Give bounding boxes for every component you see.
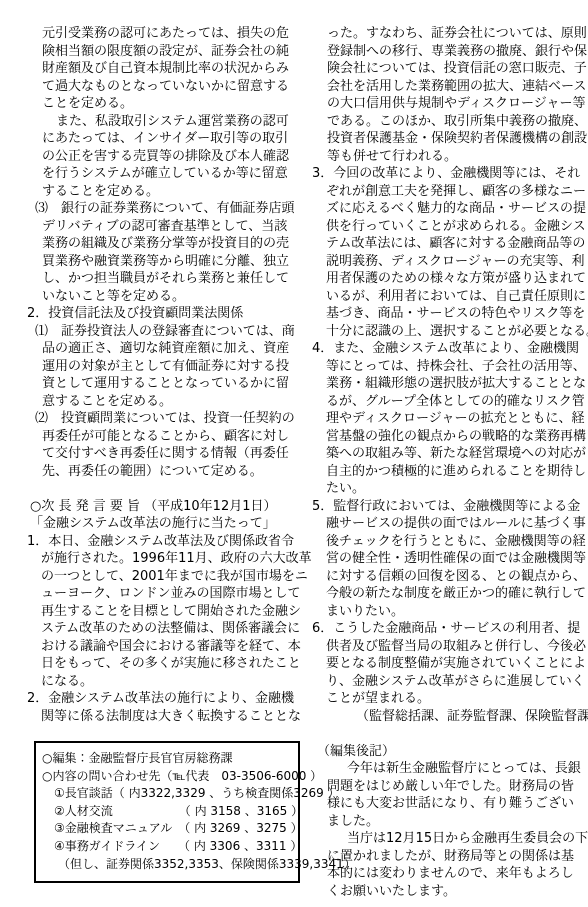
text-line: まいりたい。 — [312, 603, 588, 621]
text-line: 投資者保護基金・保険契約者保護機構の創設 — [312, 130, 588, 148]
text-line: 意することを定める。 — [27, 393, 305, 411]
text-line: 問題をはじめ厳しい年でした。財務局の皆 — [312, 778, 588, 796]
text-line: 日をもって、その多くが実施に移されたこと — [27, 655, 305, 673]
text-line: 当庁は12月15日から金融再生委員会の下 — [312, 830, 588, 848]
text-line: デリバティブの認可審査基準として、当該 — [27, 218, 305, 236]
text-line: 業務・組織形態の選択肢が拡大することとな — [312, 375, 588, 393]
text-line: ことを定める。 — [27, 95, 305, 113]
text-line: 営の健全性・透明性確保の面では金融機関等 — [312, 550, 588, 568]
text-line: ○内容の問い合わせ先（℡代表 03-3506-6000 ） — [42, 768, 296, 786]
text-line: 4．また、金融システム改革により、金融機関 — [312, 340, 588, 358]
text-line: を行うシステムが確立しているか等に留意 — [27, 165, 305, 183]
text-line: った。すなわち、証券会社については、原則 — [312, 25, 588, 43]
text-line: ④事務ガイドライン （ 内 3306 、3311 ） — [42, 838, 296, 856]
text-line: 品の適正さ、適切な純資産額に加え、資産 — [27, 340, 305, 358]
text-line: 供を行っていくことが求められる。金融シス — [312, 218, 588, 236]
text-line: ⑵ 投資顧問業については、投資一任契約の — [27, 410, 305, 428]
text-line: 会社を活用した業務範囲の拡大、連結ベース — [312, 78, 588, 96]
text-line: ○編集：金融監督庁長官官房総務課 — [42, 750, 296, 768]
text-line: 融サービスの提供の面ではルールに基づく事 — [312, 515, 588, 533]
text-line: 登録制への移行、専業義務の撤廃、銀行や保 — [312, 43, 588, 61]
text-line: 築への取組み等、新たな経営環境への対応が — [312, 445, 588, 463]
text-line: 等にとっては、持株会社、子会社の活用等、 — [312, 358, 588, 376]
text-line: 様にも大変お世話になり、有り難うござい — [312, 795, 588, 813]
document-page: 元引受業務の認可にあたっては、損失の危険相当額の限度額の設定が、証券会社の純財産… — [0, 0, 588, 907]
text-line: 5．監督行政においては、金融機関等による金 — [312, 498, 588, 516]
text-line: 今年は新生金融監督庁にとっては、長銀 — [312, 760, 588, 778]
text-line: ⑴ 証券投資法人の登録審査については、商 — [27, 323, 305, 341]
text-line: 十分に認識の上、選択することが必要となる。 — [312, 323, 588, 341]
text-line: たい。 — [312, 480, 588, 498]
text-line: に対する信頼の回復を図る、との観点から、 — [312, 568, 588, 586]
text-line: ○次 長 発 言 要 旨 （平成10年12月1日） — [27, 498, 305, 516]
right-column: った。すなわち、証券会社については、原則登録制への移行、専業義務の撤廃、銀行や保… — [312, 25, 588, 900]
text-line: て過大なものとなっていないかに留意する — [27, 78, 305, 96]
text-line: ②人材交流 （ 内 3158 、3165 ） — [42, 803, 296, 821]
text-line: 先、再委任の範囲）について定める。 — [27, 463, 305, 481]
text-line: 買業務や融資業務等から明確に分離、独立 — [27, 253, 305, 271]
text-line: （監督総括課、証券監督課、保険監督課） — [312, 708, 588, 726]
text-line: ぞれが創意工夫を発揮し、顧客の多様なニー — [312, 183, 588, 201]
text-line: 関等に係る法制度は大きく転換することとな — [27, 708, 305, 726]
contact-info-box: ○編集：金融監督庁長官官房総務課○内容の問い合わせ先（℡代表 03-3506-6… — [34, 741, 300, 883]
text-line — [27, 480, 305, 498]
text-line: 3．今回の改革により、金融機関等には、それ — [312, 165, 588, 183]
text-line: することを定める。 — [27, 183, 305, 201]
text-line: 運用の対象が主として有価証券に対する投 — [27, 358, 305, 376]
text-line: テム改革法には、顧客に対する金融商品等の — [312, 235, 588, 253]
text-line: し、かつ担当職員がそれら業務と兼任して — [27, 270, 305, 288]
text-line: 2．金融システム改革法の施行により、金融機 — [27, 690, 305, 708]
text-line: 資として運用することとなっているかに留 — [27, 375, 305, 393]
text-line: 等も併せて行われる。 — [312, 148, 588, 166]
text-line: 険相当額の限度額の設定が、証券会社の純 — [27, 43, 305, 61]
text-line: おける議論や国会における審議等を経て、本 — [27, 638, 305, 656]
text-line: ステム改革のための法整備は、関係審議会に — [27, 620, 305, 638]
text-line: （但し、証券関係3352,3353、保険関係3339,3341） — [42, 856, 296, 874]
text-line: るが、グループ全体としての的確なリスク管 — [312, 393, 588, 411]
text-line — [312, 725, 588, 743]
text-line: 再生することを目標として開始された金融シ — [27, 603, 305, 621]
text-line: 供者及び監督当局の取組みと併行し、今後必 — [312, 638, 588, 656]
text-line: 営基盤の強化の観点からの戦略的な業務再構 — [312, 428, 588, 446]
text-line: 6．こうした金融商品・サービスの利用者、提 — [312, 620, 588, 638]
text-line: ました。 — [312, 813, 588, 831]
text-line: の一つとして、2001年までに我が国市場をニ — [27, 568, 305, 586]
text-line: 2．投資信託法及び投資顧問業法関係 — [27, 305, 305, 323]
text-line: である。このほか、取引所集中義務の撤廃、 — [312, 113, 588, 131]
text-line: 財産額及び自己資本規制比率の状況からみ — [27, 60, 305, 78]
text-line: 要となる制度整備が実施されていくことによ — [312, 655, 588, 673]
text-line: 元引受業務の認可にあたっては、損失の危 — [27, 25, 305, 43]
text-line: 「金融システム改革法の施行に当たって」 — [27, 515, 305, 533]
text-line: 説明義務、ディスクロージャーの充実等、利 — [312, 253, 588, 271]
text-line: て交付すべき再委任に関する情報（再委任 — [27, 445, 305, 463]
text-line: 自主的かつ積極的に進められることを期待し — [312, 463, 588, 481]
text-line: り、金融システム改革がさらに進展していく — [312, 673, 588, 691]
text-line: にあたっては、インサイダー取引等の取引 — [27, 130, 305, 148]
text-line: 理やディスクロージャーの拡充とともに、経 — [312, 410, 588, 428]
text-line: 1．本日、金融システム改革法及び関係政省令 — [27, 533, 305, 551]
text-line: ③金融検査マニュアル （ 内 3269 、3275 ） — [42, 820, 296, 838]
text-line: また、私設取引システム運営業務の認可 — [27, 113, 305, 131]
text-line: （編集後記） — [312, 743, 588, 761]
text-line: くお願いいたします。 — [312, 883, 588, 901]
text-line: ズに応えるべく魅力的な商品・サービスの提 — [312, 200, 588, 218]
text-line: 再委任が可能となることから、顧客に対し — [27, 428, 305, 446]
text-line: 基づき、商品・サービスの特色やリスク等を — [312, 305, 588, 323]
text-line: ューヨーク、ロンドン並みの国際市場として — [27, 585, 305, 603]
text-line: 今般の新たな制度を厳正かつ的確に執行して — [312, 585, 588, 603]
text-line: が施行された。1996年11月、政府の六大改革 — [27, 550, 305, 568]
text-line: ①長官談話（ 内3322,3329 、うち検査関係3269 ） — [42, 785, 296, 803]
text-line: 業務の組織及び業務分掌等が投資目的の売 — [27, 235, 305, 253]
text-line: 用者保護のための様々な方策が盛り込まれて — [312, 270, 588, 288]
text-line: 険会社については、投資信託の窓口販売、子 — [312, 60, 588, 78]
text-line: いるが、利用者においては、自己責任原則に — [312, 288, 588, 306]
text-line: 後チェックを行うとともに、金融機関等の経 — [312, 533, 588, 551]
text-line: いないこと等を定める。 — [27, 288, 305, 306]
text-line: ⑶ 銀行の証券業務について、有価証券店頭 — [27, 200, 305, 218]
text-line: になる。 — [27, 673, 305, 691]
text-line: ことが望まれる。 — [312, 690, 588, 708]
text-line: の公正を害する売買等の排除及び本人確認 — [27, 148, 305, 166]
text-line: の大口信用供与規制やディスクロージャー等 — [312, 95, 588, 113]
left-column: 元引受業務の認可にあたっては、損失の危険相当額の限度額の設定が、証券会社の純財産… — [27, 25, 305, 725]
